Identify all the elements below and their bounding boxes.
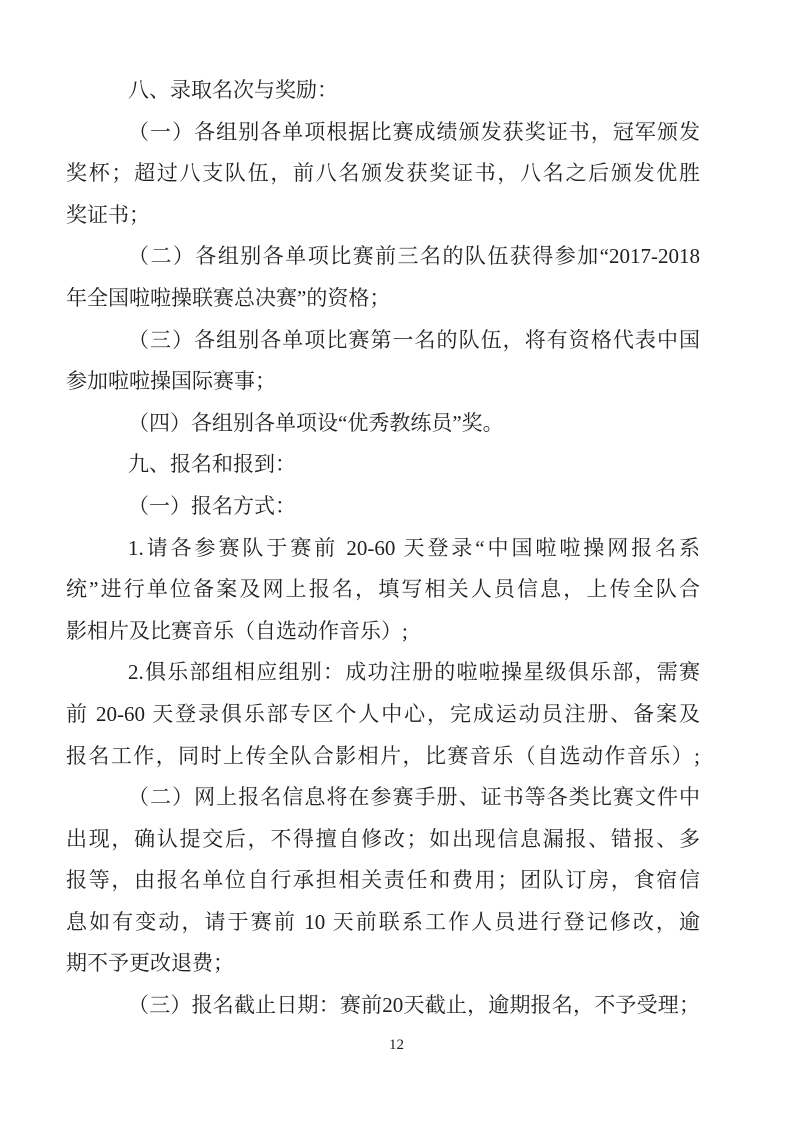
paragraph-line: （二）网上报名信息将在参赛手册、证书等各类比赛文件中 bbox=[66, 777, 700, 819]
paragraph-line: （一）各组别各单项根据比赛成绩颁发获奖证书，冠军颁发 bbox=[66, 112, 700, 154]
heading-awards-line: 八、录取名次与奖励： bbox=[66, 70, 700, 112]
paragraph-line: 参加啦啦操国际赛事； bbox=[66, 361, 700, 403]
paragraph-line: （二）各组别各单项比赛前三名的队伍获得参加“2017-2018 bbox=[66, 236, 700, 278]
paragraph-line: （三）报名截止日期：赛前20天截止，逾期报名，不予受理； bbox=[66, 985, 700, 1027]
paragraph-line: 出现，确认提交后，不得擅自修改；如出现信息漏报、错报、多 bbox=[66, 819, 700, 861]
paragraph-line: （四）各组别各单项设“优秀教练员”奖。 bbox=[66, 403, 700, 445]
document-page: 八、录取名次与奖励： （一）各组别各单项根据比赛成绩颁发获奖证书，冠军颁发 奖杯… bbox=[0, 0, 793, 1122]
paragraph-line: 前 20-60 天登录俱乐部专区个人中心，完成运动员注册、备案及 bbox=[66, 694, 700, 736]
heading-registration-line: 九、报名和报到： bbox=[66, 444, 700, 486]
paragraph-line: 息如有变动，请于赛前 10 天前联系工作人员进行登记修改，逾 bbox=[66, 902, 700, 944]
paragraph-line: 统”进行单位备案及网上报名，填写相关人员信息，上传全队合 bbox=[66, 569, 700, 611]
paragraph-line: 期不予更改退费； bbox=[66, 943, 700, 985]
paragraph-line: 年全国啦啦操联赛总决赛”的资格； bbox=[66, 278, 700, 320]
paragraph-line: （三）各组别各单项比赛第一名的队伍，将有资格代表中国 bbox=[66, 320, 700, 362]
document-body: 八、录取名次与奖励： （一）各组别各单项根据比赛成绩颁发获奖证书，冠军颁发 奖杯… bbox=[66, 70, 700, 1027]
paragraph-line: 奖证书； bbox=[66, 195, 700, 237]
paragraph-line: （一）报名方式： bbox=[66, 486, 700, 528]
page-number: 12 bbox=[0, 1037, 793, 1054]
paragraph-line: 影相片及比赛音乐（自选动作音乐）; bbox=[66, 611, 700, 653]
paragraph-line: 奖杯；超过八支队伍，前八名颁发获奖证书，八名之后颁发优胜 bbox=[66, 153, 700, 195]
paragraph-line: 报名工作，同时上传全队合影相片，比赛音乐（自选动作音乐）; bbox=[66, 736, 700, 778]
paragraph-line: 报等，由报名单位自行承担相关责任和费用；团队订房，食宿信 bbox=[66, 860, 700, 902]
paragraph-line: 2.俱乐部组相应组别：成功注册的啦啦操星级俱乐部，需赛 bbox=[66, 652, 700, 694]
paragraph-line: 1.请各参赛队于赛前 20-60 天登录“中国啦啦操网报名系 bbox=[66, 528, 700, 570]
